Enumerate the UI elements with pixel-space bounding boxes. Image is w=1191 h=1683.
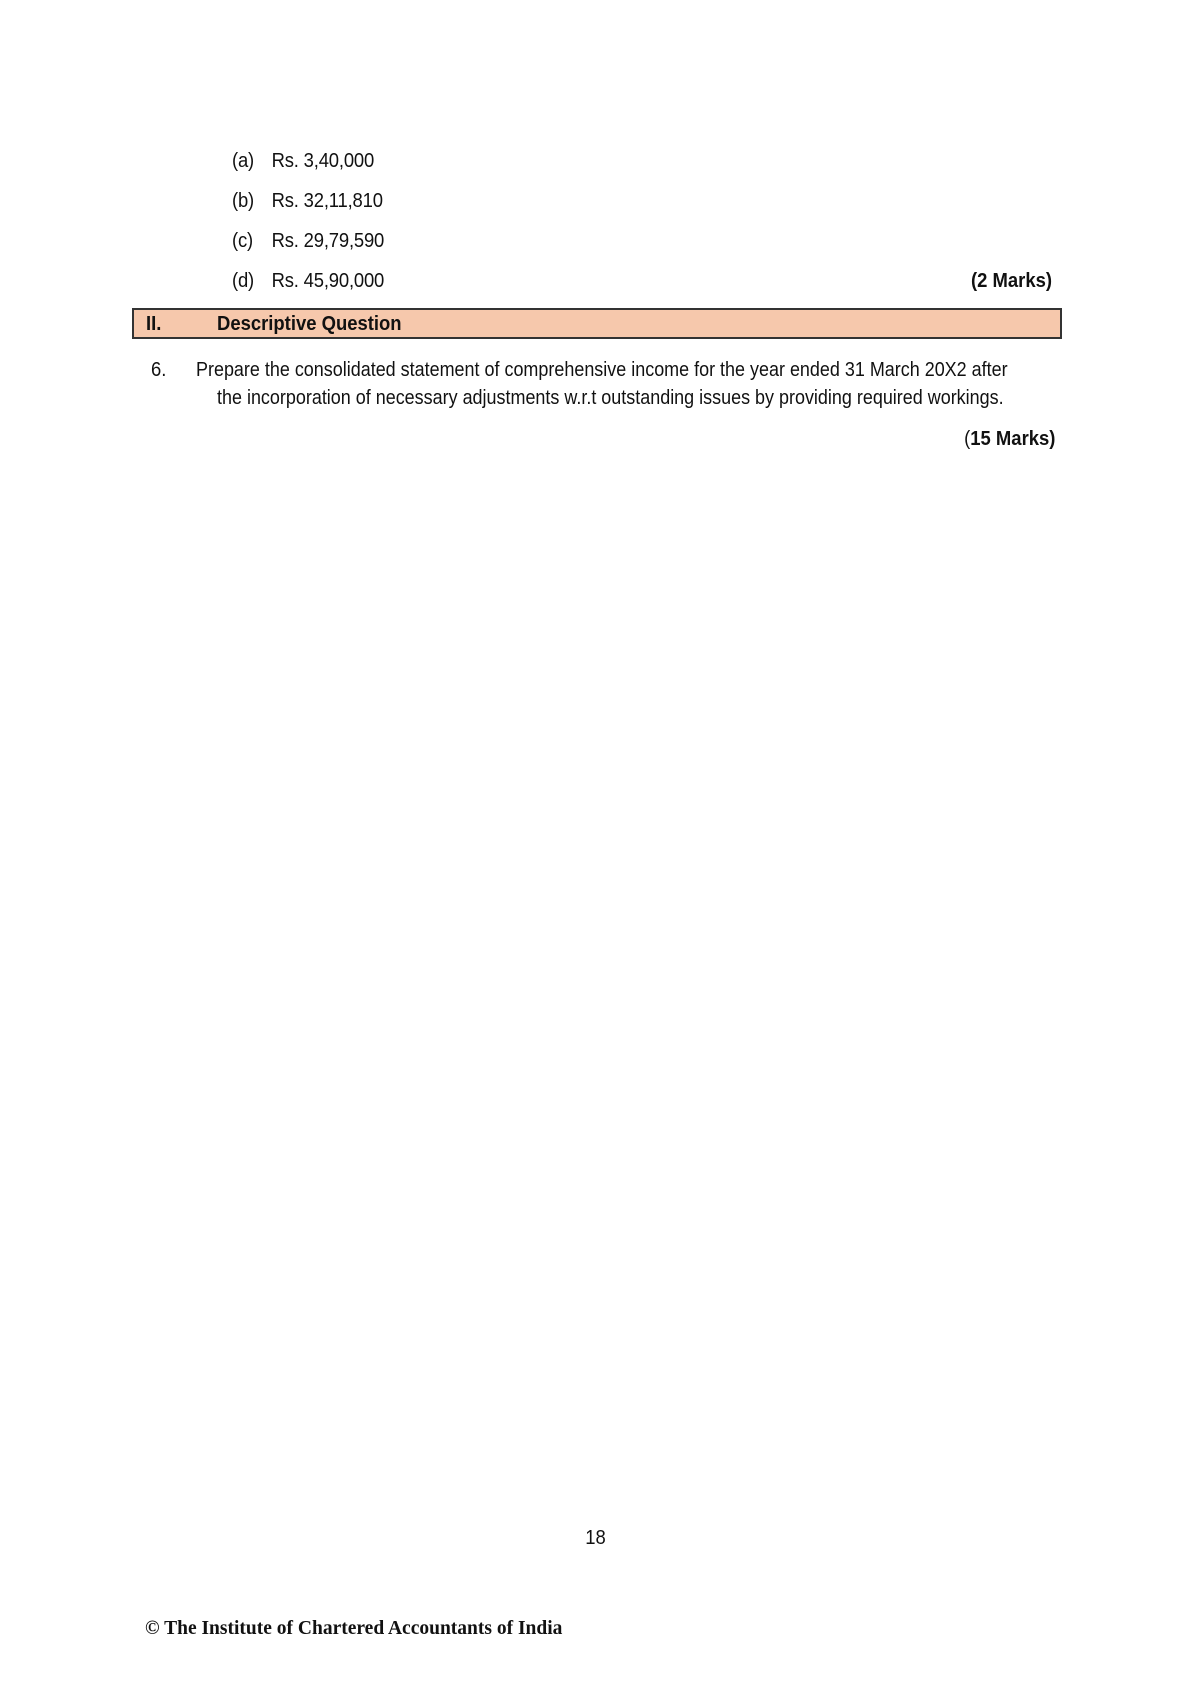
option-label: (a)	[232, 148, 272, 174]
mcq-marks: (2 Marks)	[971, 268, 1052, 294]
question-text-line-1: Prepare the consolidated statement of co…	[196, 356, 1008, 383]
option-label: (c)	[232, 228, 272, 254]
option-text: Rs. 32,11,810	[272, 189, 383, 212]
option-c: (c)Rs. 29,79,590	[232, 228, 384, 254]
footer-copyright: © The Institute of Chartered Accountants…	[145, 1617, 562, 1641]
option-label: (d)	[232, 268, 272, 294]
section-title: Descriptive Question	[217, 310, 402, 337]
page-number: 18	[60, 1525, 1132, 1551]
option-text: Rs. 3,40,000	[272, 149, 374, 172]
option-text: Rs. 45,90,000	[272, 269, 385, 292]
section-number: II.	[146, 310, 161, 337]
option-label: (b)	[232, 188, 272, 214]
marks-text: 15 Marks)	[970, 427, 1055, 450]
option-a: (a)Rs. 3,40,000	[232, 148, 374, 174]
marks-open-paren: (	[964, 427, 970, 450]
option-text: Rs. 29,79,590	[272, 229, 385, 252]
option-d: (d)Rs. 45,90,000	[232, 268, 384, 294]
question-text-line-2: the incorporation of necessary adjustmen…	[217, 384, 1004, 411]
section-header: II. Descriptive Question	[132, 308, 1062, 339]
question-number: 6.	[151, 356, 166, 383]
question-marks: (15 Marks)	[964, 425, 1055, 452]
option-b: (b)Rs. 32,11,810	[232, 188, 383, 214]
